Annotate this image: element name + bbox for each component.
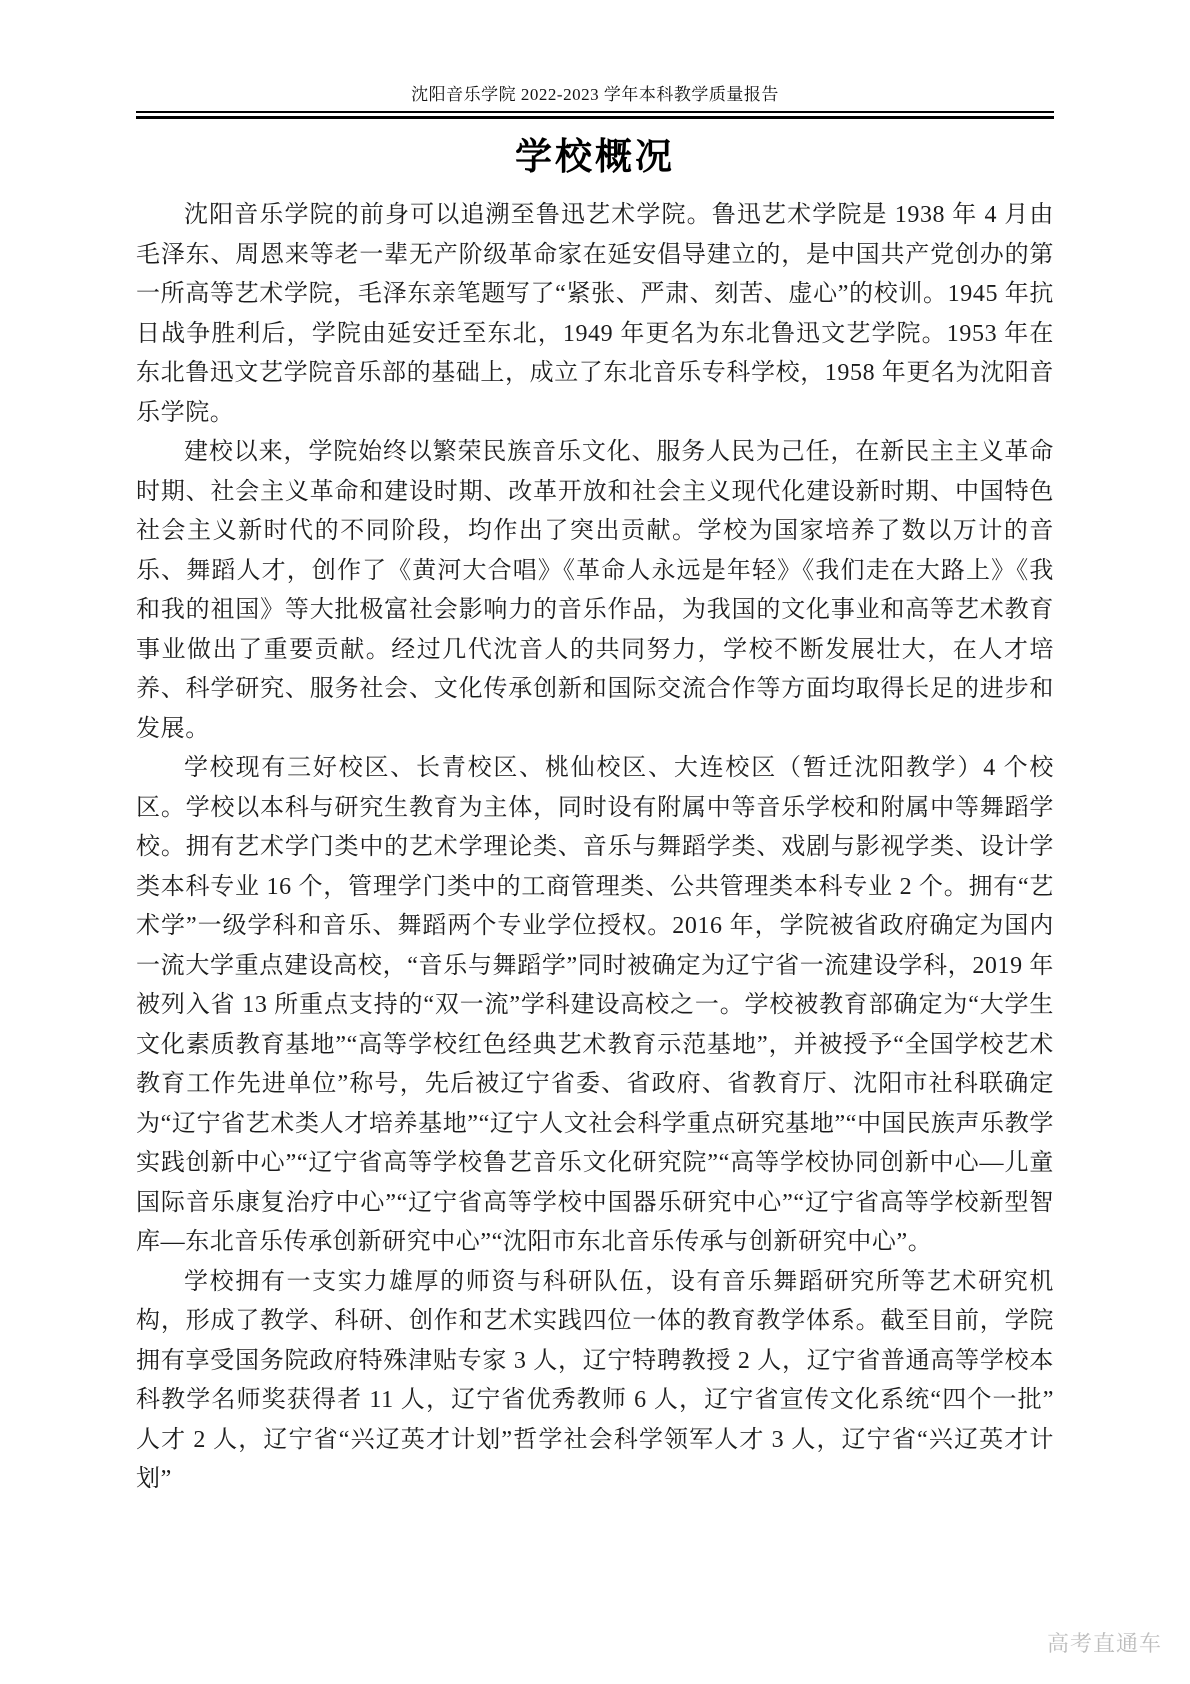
header-double-rule [136,111,1054,119]
section-title: 学校概况 [136,133,1054,181]
page-content: 沈阳音乐学院 2022-2023 学年本科教学质量报告 学校概况 沈阳音乐学院的… [136,0,1054,1500]
paragraph-history: 沈阳音乐学院的前身可以追溯至鲁迅艺术学院。鲁迅艺术学院是 1938 年 4 月由… [136,196,1054,433]
running-header: 沈阳音乐学院 2022-2023 学年本科教学质量报告 [136,84,1054,106]
report-page: 沈阳音乐学院 2022-2023 学年本科教学质量报告 学校概况 沈阳音乐学院的… [0,0,1190,1684]
paragraph-contributions: 建校以来，学院始终以繁荣民族音乐文化、服务人民为己任，在新民主主义革命时期、社会… [136,433,1054,749]
paragraph-campuses-programs: 学校现有三好校区、长青校区、桃仙校区、大连校区（暂迁沈阳教学）4 个校区。学校以… [136,749,1054,1263]
paragraph-faculty: 学校拥有一支实力雄厚的师资与科研队伍，设有音乐舞蹈研究所等艺术研究机构，形成了教… [136,1263,1054,1500]
watermark-gaokao-zhitongche: 高考直通车 [1047,1627,1162,1658]
body-text: 沈阳音乐学院的前身可以追溯至鲁迅艺术学院。鲁迅艺术学院是 1938 年 4 月由… [136,196,1054,1500]
